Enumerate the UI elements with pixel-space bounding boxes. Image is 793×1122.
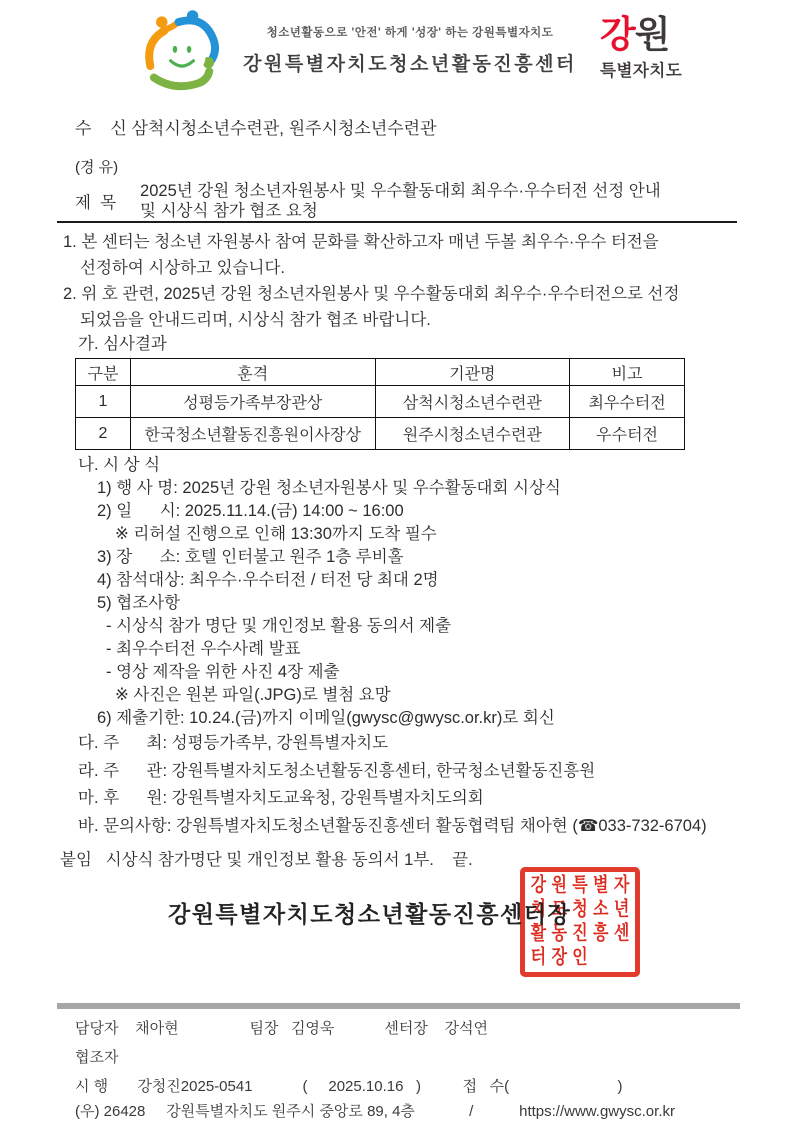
header-slogan: 청소년활동으로 '안전' 하게 '성장' 하는 강원특별자치도 — [225, 24, 595, 40]
document-body: 1. 본 센터는 청소년 자원봉사 참여 문화를 확산하고자 매년 두볼 최우수… — [63, 229, 740, 840]
doc-line: 1. 본 센터는 청소년 자원봉사 참여 문화를 확산하고자 매년 두볼 최우수… — [63, 229, 740, 255]
doc-line: ※ 사진은 원본 파일(.JPG)로 별첨 요망 — [63, 684, 740, 707]
table-cell: 최우수터전 — [570, 386, 685, 418]
seal-glyph: 원 — [551, 876, 566, 895]
seal-glyph: 청 — [572, 900, 587, 919]
via-row: (경 유) — [75, 156, 118, 177]
award-section: 나. 시 상 식1) 행 사 명: 2025년 강원 청소년자원봉사 및 우수활… — [63, 453, 740, 840]
doc-line: 4) 참석대상: 최우수·우수터전 / 터전 당 최대 2명 — [63, 569, 740, 592]
table-row: 1성평등가족부장관상삼척시청소년수련관최우수터전 — [76, 386, 685, 418]
doc-line: 나. 시 상 식 — [63, 453, 740, 477]
doc-line: 2. 위 호 관련, 2025년 강원 청소년자원봉사 및 우수활동대회 최우수… — [63, 281, 740, 307]
footer-cooperator-row: 협조자 — [75, 1046, 118, 1067]
table-header-cell: 구분 — [76, 359, 131, 386]
doc-line: 5) 협조사항 — [63, 592, 740, 615]
seal-glyph: 터 — [531, 948, 546, 967]
table-cell: 삼척시청소년수련관 — [375, 386, 570, 418]
document-page: 청소년활동으로 '안전' 하게 '성장' 하는 강원특별자치도 강원특별자치도청… — [0, 0, 793, 1122]
seal-glyph: 흥 — [593, 924, 608, 943]
doc-line: - 최우수터전 우수사례 발표 — [63, 638, 740, 661]
center-logo-icon — [138, 8, 226, 96]
doc-line: 3) 장 소: 호텔 인터불고 원주 1층 루비홀 — [63, 546, 740, 569]
brand-subtext: 특별자치도 — [600, 57, 710, 81]
recipient-label: 수 신 — [75, 119, 131, 138]
seal-glyph: 소 — [593, 900, 608, 919]
results-table-body: 1성평등가족부장관상삼척시청소년수련관최우수터전2한국청소년활동진흥원이사장상원… — [76, 386, 685, 450]
table-cell: 2 — [76, 418, 131, 450]
doc-line: 선정하여 시상하고 있습니다. — [63, 255, 740, 281]
doc-line: 되었음을 안내드리며, 시상식 참가 협조 바랍니다. — [63, 307, 740, 333]
seal-glyph: 자 — [614, 876, 629, 895]
doc-line: 가. 심사결과 — [63, 333, 740, 355]
seal-glyph: 센 — [614, 924, 629, 943]
doc-line: 바. 문의사항: 강원특별자치도청소년활동진흥센터 활동협력팀 채아현 (☎03… — [63, 813, 740, 841]
footer-divider — [57, 1003, 740, 1009]
signature-title: 강원특별자치도청소년활동진흥센터장 — [168, 896, 571, 929]
doc-line: 다. 주 최: 성평등가족부, 강원특별자치도 — [63, 730, 740, 758]
recipient-value: 삼척시청소년수련관, 원주시청소년수련관 — [131, 119, 436, 138]
subject-label: 제 목 — [75, 189, 116, 213]
brand-char-dark: 원 — [635, 14, 670, 55]
table-cell: 1 — [76, 386, 131, 418]
table-cell: 성평등가족부장관상 — [130, 386, 375, 418]
doc-line: 마. 후 원: 강원특별자치도교육청, 강원특별자치도의회 — [63, 785, 740, 813]
seal-glyph: 인 — [572, 948, 587, 967]
table-header-cell: 훈격 — [130, 359, 375, 386]
header-org-name: 강원특별자치도청소년활동진흥센터 — [225, 49, 595, 76]
footer-staff-row: 담당자 채아현 팀장 김영욱 센터장 강석연 — [75, 1017, 488, 1038]
footer-dispatch-row: 시 행 강청진2025-0541 ( 2025.10.16 ) 접 수( ) — [75, 1075, 622, 1096]
seal-glyph: 강 — [531, 876, 546, 895]
subject-divider — [57, 221, 737, 223]
seal-glyph: 별 — [593, 876, 608, 895]
gangwon-brand-logo: 강원 특별자치도 — [600, 16, 710, 81]
brand-char-red: 강 — [600, 14, 635, 55]
footer-address-row: (우) 26428 강원특별자치도 원주시 중앙로 89, 4층 / https… — [75, 1100, 675, 1121]
doc-line: 1) 행 사 명: 2025년 강원 청소년자원봉사 및 우수활동대회 시상식 — [63, 477, 740, 500]
seal-glyph: 특 — [572, 876, 587, 895]
table-header-cell: 기관명 — [375, 359, 570, 386]
subject-line-1: 2025년 강원 청소년자원봉사 및 우수활동대회 최우수·우수터전 선정 안내 — [140, 182, 661, 200]
table-cell: 원주시청소년수련관 — [375, 418, 570, 450]
footer-address-text: (우) 26428 강원특별자치도 원주시 중앙로 89, 4층 / — [75, 1103, 519, 1120]
body-paragraphs: 1. 본 센터는 청소년 자원봉사 참여 문화를 확산하고자 매년 두볼 최우수… — [63, 229, 740, 355]
subject-text: 2025년 강원 청소년자원봉사 및 우수활동대회 최우수·우수터전 선정 안내… — [140, 181, 661, 221]
seal-glyph: 년 — [614, 900, 629, 919]
subject-row: 제 목 2025년 강원 청소년자원봉사 및 우수활동대회 최우수·우수터전 선… — [75, 181, 661, 221]
doc-line: ※ 리허설 진행으로 인해 13:30까지 도착 필수 — [63, 523, 740, 546]
footer-website-link[interactable]: https://www.gwysc.or.kr — [519, 1103, 675, 1120]
seal-glyph: 진 — [572, 924, 587, 943]
recipient-row: 수 신 삼척시청소년수련관, 원주시청소년수련관 — [75, 114, 437, 139]
brand-wordmark: 강원 — [600, 16, 710, 53]
doc-line: - 영상 제작을 위한 사진 4장 제출 — [63, 661, 740, 684]
header-center: 청소년활동으로 '안전' 하게 '성장' 하는 강원특별자치도 강원특별자치도청… — [225, 24, 595, 76]
subject-line-2: 및 시상식 참가 협조 요청 — [140, 202, 318, 220]
doc-line: 라. 주 관: 강원특별자치도청소년활동진흥센터, 한국청소년활동진흥원 — [63, 758, 740, 786]
table-cell: 우수터전 — [570, 418, 685, 450]
table-cell: 한국청소년활동진흥원이사장상 — [130, 418, 375, 450]
table-row: 2한국청소년활동진흥원이사장상원주시청소년수련관우수터전 — [76, 418, 685, 450]
doc-line: - 시상식 참가 명단 및 개인정보 활용 동의서 제출 — [63, 615, 740, 638]
seal-glyph: 장 — [551, 948, 566, 967]
table-header-cell: 비고 — [570, 359, 685, 386]
results-table-head: 구분훈격기관명비고 — [76, 359, 685, 386]
doc-line: 6) 제출기한: 10.24.(금)까지 이메일(gwysc@gwysc.or.… — [63, 707, 740, 730]
attachment-line: 붙임 시상식 참가명단 및 개인정보 활용 동의서 1부. 끝. — [60, 846, 473, 870]
doc-line: 2) 일 시: 2025.11.14.(금) 14:00 ~ 16:00 — [63, 500, 740, 523]
results-table: 구분훈격기관명비고 1성평등가족부장관상삼척시청소년수련관최우수터전2한국청소년… — [75, 358, 685, 450]
